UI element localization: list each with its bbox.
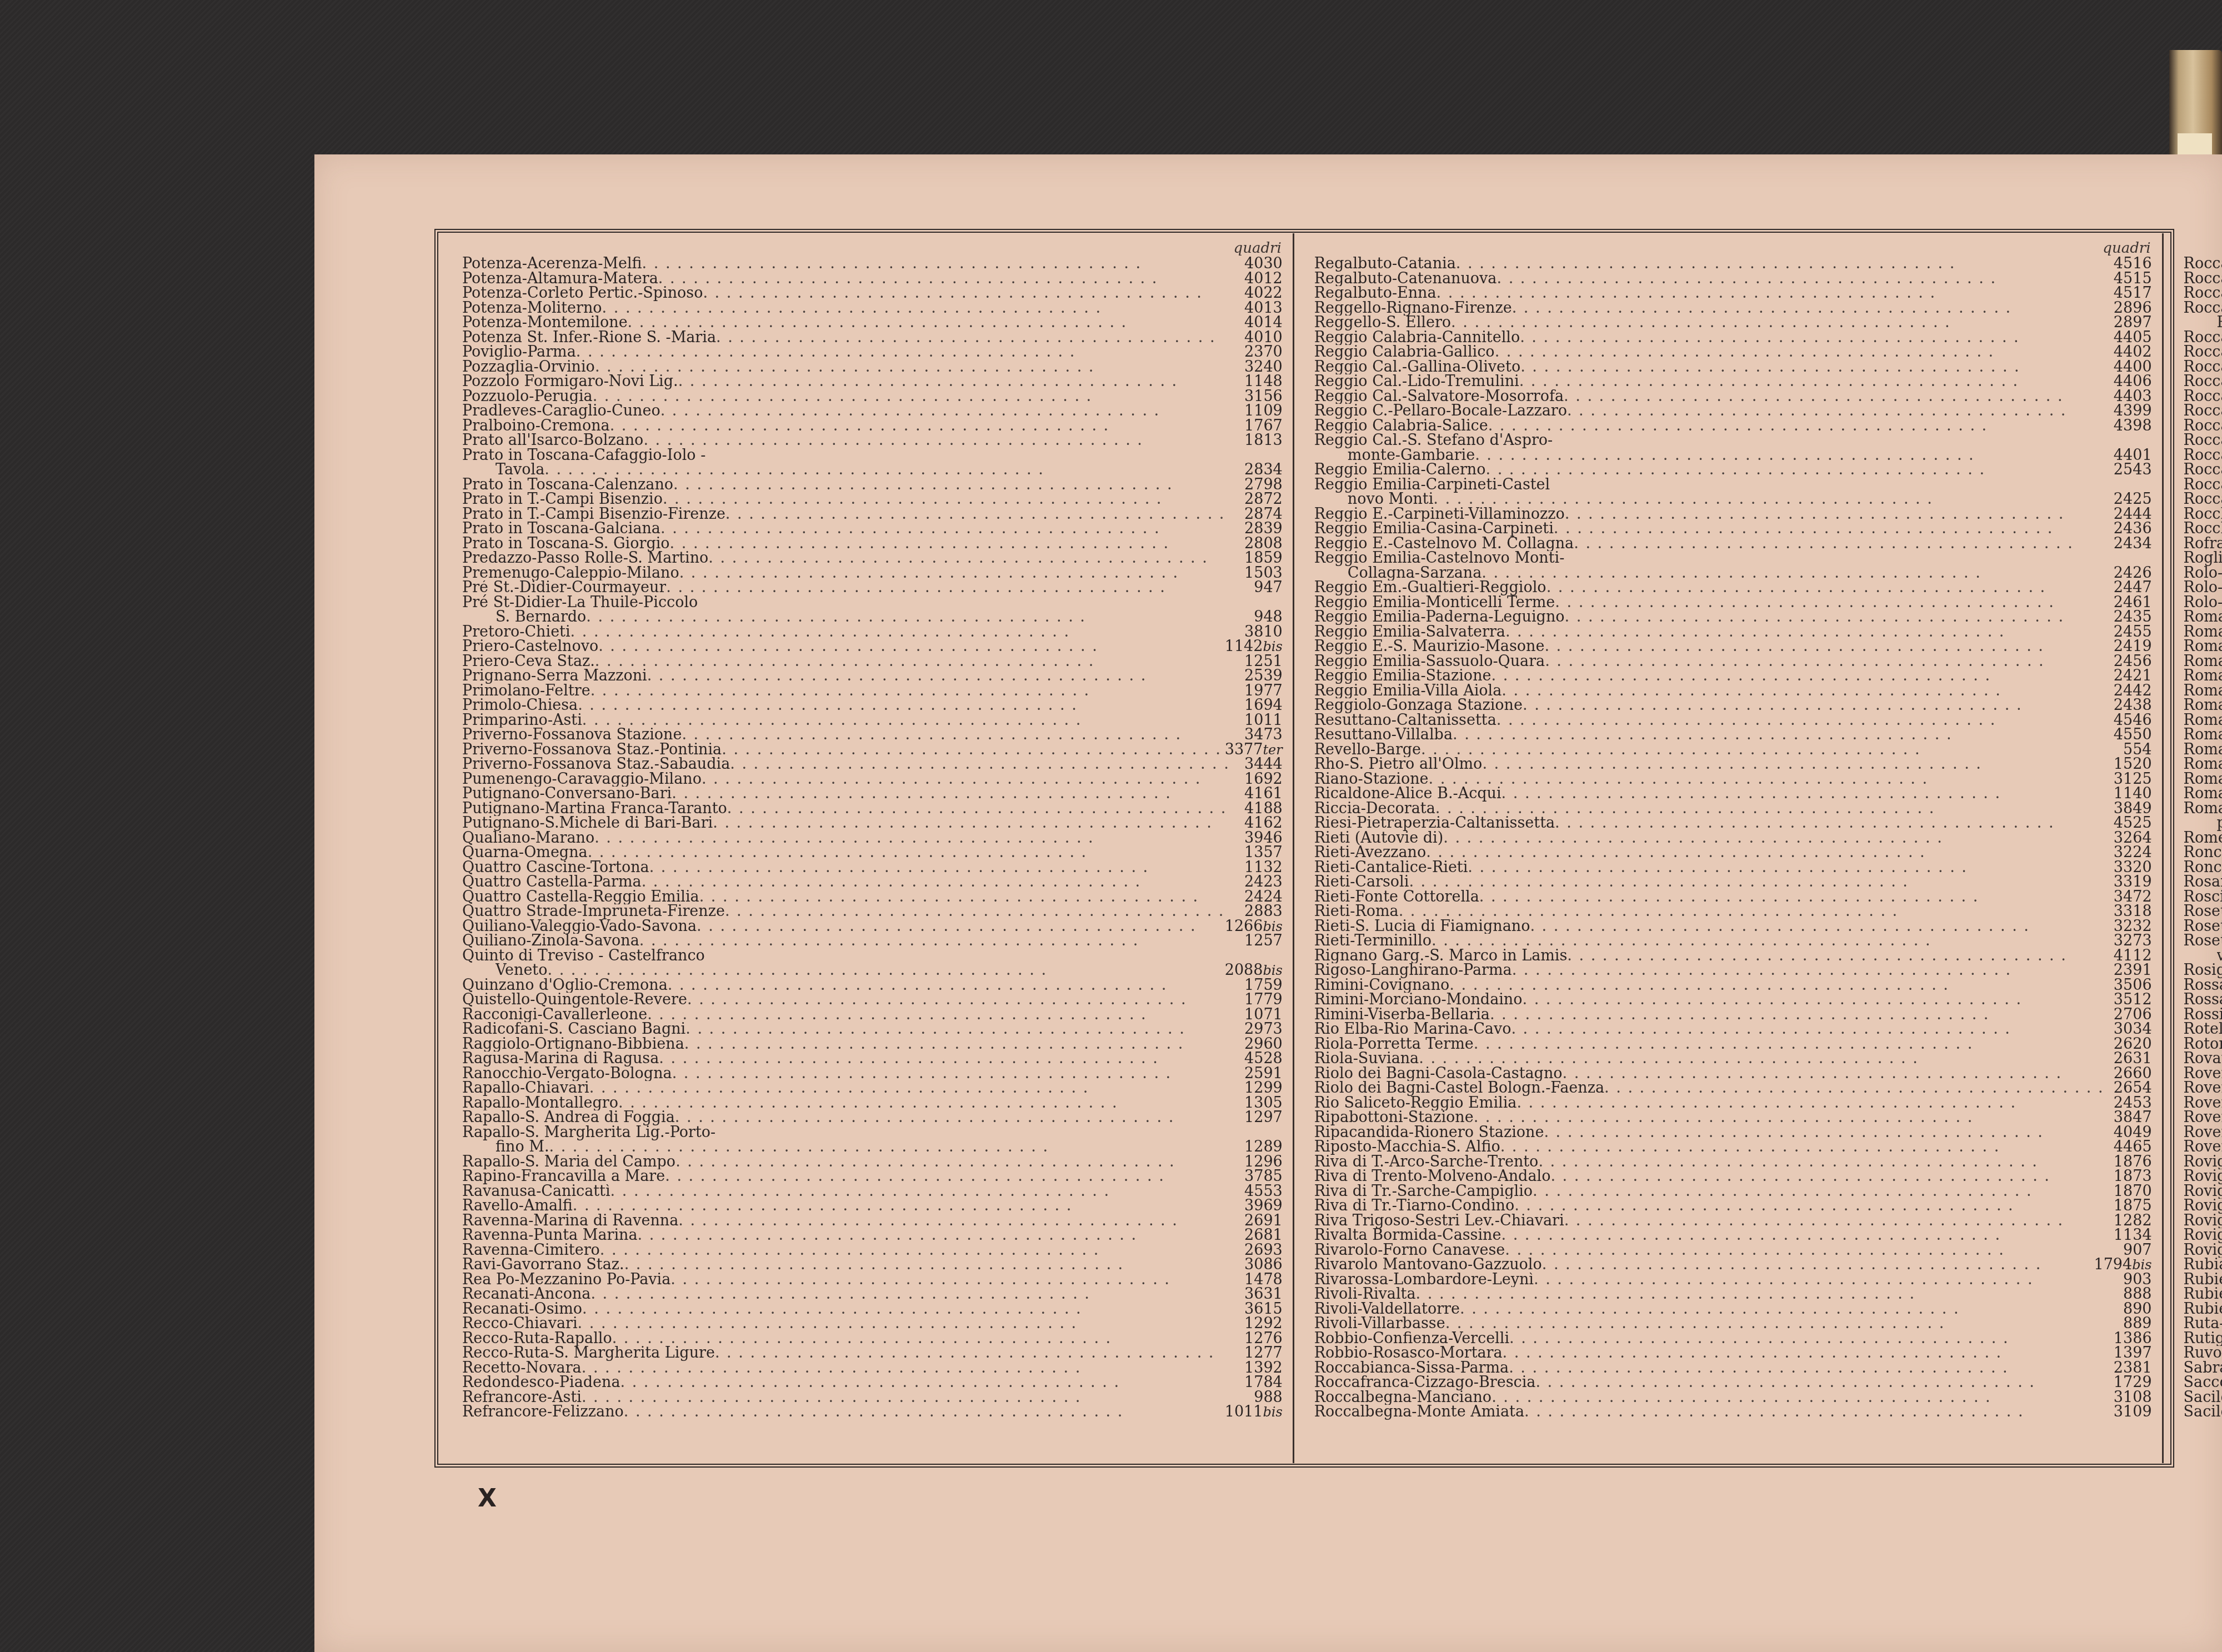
entry-name: Putignano-Conversano-Bari	[462, 787, 672, 802]
dot-leader	[1495, 345, 2104, 360]
entry-name: Revello-Barge	[1314, 743, 1421, 758]
index-entry: Roma-Rieti-Antrodoco-Amatrice3302	[2184, 772, 2222, 787]
table-number-value: 947	[1254, 579, 1283, 596]
index-entry: Pretoro-Chieti3810	[462, 625, 1283, 640]
index-entry: Rocchetta Belbo-S. Stefano Belbo1058	[2184, 507, 2222, 522]
entry-name: Riva Trigoso-Sestri Lev.-Chiavari	[1314, 1214, 1564, 1229]
index-entry: Riva di Tr.-Tiarno-Condino1875	[1314, 1199, 2152, 1214]
index-entry: Rovereto-Folgaria-Lavarone1863	[2184, 1110, 2222, 1125]
entry-name: Primolo-Chiesa	[462, 698, 578, 713]
entry-name: Priero-Ceva Staz.	[462, 654, 595, 669]
entry-name: Reggio Emilia-Sassuolo-Quara	[1314, 654, 1545, 669]
entry-name: Roseto Capo Spulico-Stazione	[2184, 904, 2222, 919]
dot-leader	[1437, 286, 2104, 301]
entry-name: Robbio-Rosasco-Mortara	[1314, 1346, 1503, 1361]
index-entry: Rovereto-Ala-Avio1861	[2184, 1067, 2222, 1082]
index-entry: Roma-Nepi3071	[2184, 743, 2222, 758]
entry-name: Roscigno-Polla-Buccino	[2184, 890, 2222, 905]
index-entry: Ruta-Portofino Vetta1275	[2184, 1316, 2222, 1331]
index-entry: Prato in T.-Campi Bisenzio-Firenze2874	[462, 507, 1283, 522]
entry-name-continuation: Roccamonfina3945	[2184, 316, 2222, 331]
dot-leader	[702, 772, 1235, 787]
dot-leader	[1505, 1243, 2104, 1258]
dot-leader	[642, 875, 1235, 890]
entry-name: Quiliano-Valeggio-Vado-Savona	[462, 919, 697, 934]
index-entry: Roma-Ladispoli-Cerveteri3066	[2184, 698, 2222, 713]
index-entry: Pré St.-Didier-Courmayeur947	[462, 580, 1283, 595]
dot-leader	[590, 1287, 1234, 1302]
entry-name: Rapallo-Chiavari	[462, 1081, 589, 1096]
index-entry: Rapallo-Chiavari1299	[462, 1081, 1283, 1096]
entry-name: Riva di Tr.-Sarche-Campiglio	[1314, 1184, 1533, 1199]
index-entry: Pozzolo Formigaro-Novi Lig.1148	[462, 374, 1283, 389]
entry-name-line2: pendente-Abbadia S. Salvat.	[2217, 816, 2222, 831]
entry-name-line2: novo Monti	[1348, 492, 1434, 507]
index-entry: Ranocchio-Vergato-Bologna2591	[462, 1067, 1283, 1082]
entry-list: Roccamandolfi-Cantalupo Sannio3870Rocca …	[2184, 257, 2222, 1420]
entry-name: Rea Po-Mezzanino Po-Pavia	[462, 1273, 670, 1288]
index-entry: Priero-Castelnovo1142bis	[462, 639, 1283, 654]
dot-leader	[684, 1037, 1235, 1052]
entry-name: Prato in Toscana-S. Giorgio	[462, 537, 670, 552]
index-entry: Roseto Capo Spulico-Stazione4278	[2184, 904, 2222, 919]
page-marker: X	[478, 1484, 497, 1513]
dot-leader	[582, 713, 1235, 728]
entry-name: Qualiano-Marano	[462, 831, 594, 846]
index-entry: Racconigi-Cavallerleone1071	[462, 1008, 1283, 1023]
index-entry: Quinzano d'Oglio-Cremona1759	[462, 978, 1283, 993]
entry-name: Rimini-Covignano	[1314, 978, 1450, 993]
entry-name: Quistello-Quingentole-Revere	[462, 993, 687, 1008]
dot-leader	[1432, 934, 2104, 949]
entry-name: Roma-Ardea	[2184, 639, 2222, 654]
entry-name-line2: Tavola	[496, 463, 544, 478]
dot-leader	[638, 1228, 1235, 1243]
index-column-3: quadri Roccamandolfi-Cantalupo Sannio387…	[2164, 233, 2222, 1463]
index-entry: Prato in Toscana-Calenzano2798	[462, 478, 1283, 493]
index-entry: Refrancore-Felizzano1011bis	[462, 1405, 1283, 1420]
entry-name: Rovereto-Folgaria-Lavarone	[2184, 1110, 2222, 1125]
entry-name: Rovato Stazione-Rovato Città	[2184, 1052, 2222, 1067]
index-entry: Rimini-Covignano3506	[1314, 978, 2152, 993]
index-entry: Sacile-S. Donà di Piave2133	[2184, 1390, 2222, 1405]
entry-name-continuation: Collagna-Sarzana2426	[1314, 566, 2152, 581]
index-entry: Priverno-Fossanova Stazione3473	[462, 728, 1283, 743]
index-entry: Reggio Cal.-Salvatore-Mosorrofa4403	[1314, 389, 2152, 404]
index-entry: Riesi-Pietraperzia-Caltanissetta4525	[1314, 816, 2152, 831]
index-entry: Sacile-S. Donà-Iesolo Spiaggia2091	[2184, 1405, 2222, 1420]
entry-name: Refrancore-Felizzano	[462, 1405, 624, 1420]
index-entry: Resuttano-Caltanissetta4546	[1314, 713, 2152, 728]
dot-leader	[1501, 1228, 2104, 1243]
index-entry: Reggio Emilia-Calerno2543	[1314, 463, 2152, 478]
index-entry: Ruvo-Terlizzi-Molfetta4155	[2184, 1346, 2222, 1361]
index-entry: Priverno-Fossanova Staz.-Pontinia3377ter	[462, 743, 1283, 758]
entry-name: Potenza-Altamura-Matera	[462, 272, 658, 287]
index-entry: Prato in Toscana-Galciana2839	[462, 522, 1283, 537]
index-entry: Rolo-Fabbrico-Correggio2411	[2184, 580, 2222, 595]
entry-name: Recetto-Novara	[462, 1361, 582, 1376]
dot-leader	[1502, 787, 2104, 802]
dot-leader	[600, 1243, 1235, 1258]
index-entry: Potenza St. Infer.-Rione S. -Maria4010	[462, 331, 1283, 346]
entry-name: Rieti-S. Lucia di Fiamignano	[1314, 919, 1530, 934]
index-entry: Pradleves-Caraglio-Cuneo1109	[462, 404, 1283, 419]
entry-name-line2: Veneto	[496, 963, 547, 978]
dot-leader	[672, 787, 1235, 802]
dot-leader	[549, 1140, 1234, 1155]
entry-name: Potenza-Acerenza-Melfi	[462, 257, 642, 272]
index-entry: Ravello-Amalfi3969	[462, 1199, 1283, 1214]
entry-name: Rivarolo-Forno Canavese	[1314, 1243, 1505, 1258]
dot-leader	[1474, 1110, 2104, 1125]
dot-leader	[1505, 625, 2104, 640]
table-number: 4398	[2104, 419, 2152, 434]
entry-name: Rimini-Morciano-Mondaino	[1314, 993, 1523, 1008]
entry-name: Roma-Isola Farnese	[2184, 684, 2222, 699]
dot-leader	[1535, 1375, 2104, 1390]
dot-leader	[647, 1008, 1235, 1023]
dot-leader	[544, 463, 1235, 478]
entry-name: Ravenna-Punta Marina	[462, 1228, 638, 1243]
dot-leader	[1426, 845, 2104, 860]
entry-name: Pradleves-Caraglio-Cuneo	[462, 404, 660, 419]
dot-leader	[1451, 316, 2104, 331]
dot-leader	[1533, 1184, 2104, 1199]
entry-name: Pozzaglia-Orvinio	[462, 360, 595, 375]
dot-leader	[1482, 757, 2104, 772]
index-entry: Rofrano-Torre Orsaia4002	[2184, 537, 2222, 552]
entry-list: Potenza-Acerenza-Melfi4030Potenza-Altamu…	[462, 257, 1283, 1420]
index-entry: Reggio Cal.-S. Stefano d'Aspro-monte-Gam…	[1314, 433, 2152, 463]
index-entry: Roma S. Paolo-Castel di Leva3427	[2184, 787, 2222, 802]
entry-name: Poviglio-Parma	[462, 345, 576, 360]
index-columns: quadri Potenza-Acerenza-Melfi4030Potenza…	[442, 233, 2166, 1463]
index-entry: Riola-Suviana2631	[1314, 1052, 2152, 1067]
entry-name: Ruvo-Terlizzi-Molfetta	[2184, 1346, 2222, 1361]
entry-name: Pretoro-Chieti	[462, 625, 570, 640]
entry-name: Potenza-Corleto Pertic.-Spinoso	[462, 286, 703, 301]
entry-name: Rofrano-Torre Orsaia	[2184, 537, 2222, 552]
index-entry: Rapallo-S. Andrea di Foggia1297	[462, 1110, 1283, 1125]
entry-name-line2: S. Bernardo	[496, 610, 586, 625]
index-entry: Roccaromana-Pietramelara-Riardo3930	[2184, 433, 2222, 448]
dot-leader	[1482, 566, 2104, 581]
entry-name: Rieti-Roma	[1314, 904, 1399, 919]
entry-name: Reggiolo-Gonzaga Stazione	[1314, 698, 1523, 713]
index-entry: Rolo-Fabbrico-Cognento-Reggio E.2413	[2184, 566, 2222, 581]
entry-name: Rossiglione-Tiglieto-Olba	[2184, 1008, 2222, 1023]
entry-name: Quattro Castella-Reggio Emilia	[462, 890, 699, 905]
table-number: 2543	[2104, 463, 2152, 478]
index-entry: Roma-Montecompatri3475	[2184, 728, 2222, 743]
dot-leader	[703, 286, 1234, 301]
entry-name: Roma-Pratica-Torre Vaianica	[2184, 757, 2222, 772]
index-entry: Roccapalumba-Stazione4629	[2184, 374, 2222, 389]
index-entry: Pumenengo-Caravaggio-Milano1692	[462, 772, 1283, 787]
dot-leader	[673, 478, 1235, 493]
dot-leader	[1565, 507, 2104, 522]
entry-name: Reggio Cal.-Lido-Tremulini	[1314, 374, 1519, 389]
entry-name-continuation: Tavola2834	[462, 463, 1283, 478]
index-entry: Rimini-Viserba-Bellaria2706	[1314, 1008, 2152, 1023]
index-entry: Rovigo-Polesella1916	[2184, 1228, 2222, 1243]
index-entry: Rocca Pietore-Caprile1984	[2184, 404, 2222, 419]
dot-leader	[1547, 580, 2104, 595]
index-entry: Ravi-Gavorrano Staz.3086	[462, 1258, 1283, 1273]
entry-name: Rocca Pietore-Caprile	[2184, 404, 2222, 419]
index-entry: Roma-Aquila3337	[2184, 610, 2222, 625]
index-entry: Roseto-Valfortore-Biccari-Terti-veri-Luc…	[2184, 934, 2222, 963]
index-entry: Roma-Viterbo - Bolsena-Acqua-pendente-Ab…	[2184, 802, 2222, 831]
dot-leader	[1550, 1169, 2104, 1184]
index-entry: Riolo dei Bagni-Castel Bologn.-Faenza265…	[1314, 1081, 2152, 1096]
index-entry: Rossano-Longobucco4315	[2184, 993, 2222, 1008]
dot-leader	[610, 419, 1235, 434]
index-entry: Rossano Calabro-Rossano Staz.4322	[2184, 978, 2222, 993]
dot-leader	[589, 1081, 1235, 1096]
entry-name: Rieti-Carsoli	[1314, 875, 1409, 890]
entry-name: Roma-Viterbo - Bolsena-Acqua-	[2184, 802, 2222, 817]
entry-name: Ronco-Rizzolo-Piacenza	[2184, 860, 2222, 875]
entry-name: Robbio-Confienza-Vercelli	[1314, 1331, 1509, 1346]
index-entry: Reggio E.-Carpineti-Villaminozzo2444	[1314, 507, 2152, 522]
dot-leader	[570, 625, 1235, 640]
index-entry: Rotello-Stazione3846	[2184, 1022, 2222, 1037]
index-entry: Rieti-Terminillo3273	[1314, 934, 2152, 949]
dot-leader	[1564, 1214, 2104, 1229]
entry-name: Roncade-S. Michele del Quarto	[2184, 845, 2222, 860]
index-entry: Roccamena-Corleone4624	[2184, 286, 2222, 301]
dot-leader	[1409, 875, 2104, 890]
dot-leader	[1503, 1346, 2104, 1361]
entry-name: Roma-Gallicano-Poli	[2184, 669, 2222, 684]
entry-name: Roccapalumba-Stazione	[2184, 374, 2222, 389]
entry-name: Rocca-S. Giovanni-Fossacesia Staz.	[2184, 448, 2222, 463]
table-number-value: 4398	[2114, 417, 2152, 434]
dot-leader	[1512, 301, 2104, 316]
entry-name: Rivoli-Valdellatorre	[1314, 1302, 1460, 1317]
index-entry: Quattro Strade-Impruneta-Firenze2883	[462, 904, 1283, 919]
index-entry: Rovigo-Capitello-Villadose1967	[2184, 1169, 2222, 1184]
entry-name: Quattro Cascine-Tortona	[462, 860, 649, 875]
dot-leader	[1497, 713, 2104, 728]
entry-name-continuation: S. Bernardo948	[462, 610, 1283, 625]
entry-name: Roma-Aquila	[2184, 610, 2222, 625]
entry-name: Roccanova-S. Arcangelo	[2184, 360, 2222, 375]
dot-leader	[1421, 743, 2104, 758]
index-entry: Rieti-Cantalice-Rieti3320	[1314, 860, 2152, 875]
index-entry: Rieti-S. Lucia di Fiamignano3232	[1314, 919, 2152, 934]
entry-name: Rocchetta Belbo-S. Stefano Belbo	[2184, 507, 2222, 522]
entry-name: Rotondella-Montalbano	[2184, 1037, 2222, 1052]
entry-name: Reggio C.-Pellaro-Bocale-Lazzaro	[1314, 404, 1567, 419]
entry-name: Regalbuto-Catania	[1314, 257, 1456, 272]
dot-leader	[1555, 816, 2104, 831]
table-number: 1257	[1235, 934, 1283, 949]
index-entry: Potenza-Moliterno4013	[462, 301, 1283, 316]
entry-name: Reggio Cal.-Salvatore-Mosorrofa	[1314, 389, 1564, 404]
entry-name: Riola-Suviana	[1314, 1052, 1419, 1067]
entry-name: Rogliano-Parenti	[2184, 551, 2222, 566]
entry-name: Quinzano d'Oglio-Cremona	[462, 978, 668, 993]
dot-leader	[685, 1022, 1235, 1037]
index-entry: Rieti (Autovie di)3264	[1314, 831, 2152, 846]
dot-leader	[588, 845, 1235, 860]
index-entry: Rio Saliceto-Reggio Emilia2453	[1314, 1096, 2152, 1111]
entry-list: Regalbuto-Catania4516Regalbuto-Catenanuo…	[1314, 257, 2152, 1420]
dot-leader	[582, 1302, 1235, 1317]
dot-leader	[727, 802, 1235, 817]
dot-leader	[1554, 522, 2104, 537]
entry-name: Prato all'Isarco-Bolzano	[462, 433, 643, 448]
dot-leader	[1460, 1302, 2104, 1317]
entry-name: Pralboino-Cremona	[462, 419, 610, 434]
dot-leader	[1479, 890, 2104, 905]
entry-name: Pumenengo-Caravaggio-Milano	[462, 772, 702, 787]
dot-leader	[1449, 978, 2104, 993]
entry-name: Rivarolo Mantovano-Gazzuolo	[1314, 1258, 1542, 1273]
index-entry: Riva Trigoso-Sestri Lev.-Chiavari1282	[1314, 1214, 2152, 1229]
entry-name: Racconigi-Cavallerleone	[462, 1008, 647, 1023]
entry-name: Roccamandolfi-Cantalupo Sannio	[2184, 257, 2222, 272]
index-entry: Rivarolo-Forno Canavese907	[1314, 1243, 2152, 1258]
dot-leader	[675, 1110, 1235, 1125]
entry-name: Roma-Aquila-Assergi	[2184, 625, 2222, 640]
dot-leader	[612, 1331, 1235, 1346]
entry-name: Priverno-Fossanova Staz.-Pontinia	[462, 743, 722, 758]
entry-name: Sacile-S. Donà-Iesolo Spiaggia	[2184, 1405, 2222, 1420]
entry-name: Rovereto-Ala-Avio	[2184, 1067, 2222, 1082]
index-entry: Resuttano-Villalba4550	[1314, 728, 2152, 743]
index-entry: Reggio Calabria-Gallico4402	[1314, 345, 2152, 360]
entry-name: Rieti-Avezzano	[1314, 845, 1426, 860]
entry-name: Resuttano-Villalba	[1314, 728, 1453, 743]
entry-name: Recco-Ruta-Rapallo	[462, 1331, 612, 1346]
entry-name: Quiliano-Zinola-Savona	[462, 934, 639, 949]
entry-name: Riva di Tr.-Tiarno-Condino	[1314, 1199, 1514, 1214]
dot-leader	[665, 1169, 1235, 1184]
entry-name: Rieti-Terminillo	[1314, 934, 1432, 949]
entry-name: Roma-Lido	[2184, 713, 2222, 728]
entry-name: Radicofani-S. Casciano Bagni	[462, 1022, 685, 1037]
dot-leader	[1567, 949, 2104, 964]
index-entry: Reggio Emilia-Salvaterra2455	[1314, 625, 2152, 640]
index-entry: Rubiana-Almese-Rivoli887	[2184, 1258, 2222, 1273]
entry-name: Priverno-Fossanova Stazione	[462, 728, 682, 743]
entry-name: Primparino-Asti	[462, 713, 582, 728]
entry-name: Ravenna-Marina di Ravenna	[462, 1214, 678, 1229]
dot-leader	[595, 360, 1235, 375]
entry-name: Roma-Montecompatri	[2184, 728, 2222, 743]
index-entry: Rea Po-Mezzanino Po-Pavia1478	[462, 1273, 1283, 1288]
entry-name: Roma-Ladispoli-Cerveteri	[2184, 698, 2222, 713]
index-entry: Rovigo-Concadirame1923 e 1925	[2184, 1199, 2222, 1214]
dot-leader	[1456, 257, 2104, 272]
entry-name: Roccamena-Corleone	[2184, 286, 2222, 301]
dot-leader	[586, 610, 1234, 625]
index-entry: Recetto-Novara1392	[462, 1361, 1283, 1376]
entry-name: Rometta-Roccavaldina-Rometta	[2184, 831, 2222, 846]
index-entry: Roma-Cesano di Roma3082	[2184, 654, 2222, 669]
index-entry: Rolo-Fabbrico-Reggio Emilia2415	[2184, 595, 2222, 610]
entry-name: Rosarno-S. Ferdinando di Rosarno	[2184, 875, 2222, 890]
index-entry: Rovato Stazione-Rovato Città1766	[2184, 1052, 2222, 1067]
entry-name: Rocchetta-S. Angelo Lombardi	[2184, 522, 2222, 537]
entry-name: Rapallo-S. Maria del Campo	[462, 1155, 675, 1170]
table-number: 1813	[1235, 433, 1283, 448]
dot-leader	[1443, 831, 2104, 846]
entry-name: Reggio Emilia-Carpineti-Castel	[1314, 478, 2152, 493]
index-entry: Ravenna-Punta Marina2681	[462, 1228, 1283, 1243]
entry-name: Rossano Calabro-Rossano Staz.	[2184, 978, 2222, 993]
index-entry: Roccavignale-Savona1204	[2184, 492, 2222, 507]
index-entry: Sacco-Albanella Stazione4004	[2184, 1375, 2222, 1390]
entry-name: Rovigo-Grignano Polesine	[2184, 1214, 2222, 1229]
dot-leader	[660, 404, 1235, 419]
dot-leader	[1435, 802, 2104, 817]
index-entry: Potenza-Corleto Pertic.-Spinoso4022	[462, 286, 1283, 301]
entry-name: Rovigo-Polesella	[2184, 1228, 2222, 1243]
entry-name: Roccafranca-Cizzago-Brescia	[1314, 1375, 1536, 1390]
index-entry: Quattro Castella-Parma2423	[462, 875, 1283, 890]
entry-name: Prato in Toscana-Galciana	[462, 522, 660, 537]
entry-name: Sacile-S. Donà di Piave	[2184, 1390, 2222, 1405]
entry-name: Roccaromana-Pietramelara-Riardo	[2184, 433, 2222, 448]
index-entry: Rieti-Fonte Cottorella3472	[1314, 890, 2152, 905]
entry-name: Reggio E.-S. Maurizio-Masone	[1314, 639, 1545, 654]
dot-leader	[1520, 331, 2104, 346]
entry-name: Roma S. Paolo-Castel di Leva	[2184, 787, 2222, 802]
entry-name: Riano-Stazione	[1314, 772, 1429, 787]
index-entry: Rieti-Roma3318	[1314, 904, 2152, 919]
index-entry: Reggio Cal.-Lido-Tremulini4406	[1314, 374, 2152, 389]
dot-leader	[716, 331, 1235, 346]
entry-name-line2: fino M.	[496, 1140, 549, 1155]
index-entry: Riano-Stazione3125	[1314, 772, 2152, 787]
dot-leader	[1500, 1140, 2104, 1155]
dot-leader	[578, 698, 1235, 713]
index-entry: Rossiglione-Tiglieto-Olba1210	[2184, 1008, 2222, 1023]
index-entry: Reggio Emilia-Stazione2421	[1314, 669, 2152, 684]
table-number-value: 1011	[1225, 1403, 1263, 1420]
entry-name: Rovigo-S. Apollinare-Gavello	[2184, 1243, 2222, 1258]
index-entry: Reggio Emilia-Sassuolo-Quara2456	[1314, 654, 2152, 669]
entry-name: Roccascalegna-Altino Staz.	[2184, 463, 2222, 478]
entry-name: Rieti (Autovie di)	[1314, 831, 1443, 846]
entry-name: Rieti-Fonte Cottorella	[1314, 890, 1479, 905]
entry-name: Rossano-Longobucco	[2184, 993, 2222, 1008]
dot-leader	[678, 374, 1235, 389]
dot-leader	[1574, 537, 2104, 552]
dot-leader	[1419, 1052, 2104, 1067]
entry-name: Reggio Em.-Gualtieri-Reggiolo	[1314, 580, 1547, 595]
dot-leader	[682, 728, 1234, 743]
index-entry: Rovereto-Brentonico1853	[2184, 1096, 2222, 1111]
index-entry: Quiliano-Valeggio-Vado-Savona1266bis	[462, 919, 1283, 934]
dot-leader	[722, 743, 1222, 758]
index-entry: Ronco-Rizzolo-Piacenza2352	[2184, 860, 2222, 875]
entry-name: Roma-Rieti-Antrodoco-Amatrice	[2184, 772, 2222, 787]
dot-leader	[547, 963, 1221, 978]
entry-name: Priero-Castelnovo	[462, 639, 598, 654]
index-entry: Putignano-S.Michele di Bari-Bari4162	[462, 816, 1283, 831]
index-entry: Reggio Emilia-Castelnovo Monti-Collagna-…	[1314, 551, 2152, 580]
index-entry: Rivoli-Valdellatorre890	[1314, 1302, 2152, 1317]
index-entry: Reggio Emilia-Monticelli Terme2461	[1314, 595, 2152, 610]
entry-name: Pozzuolo-Perugia	[462, 389, 593, 404]
dot-leader	[1523, 993, 2104, 1008]
